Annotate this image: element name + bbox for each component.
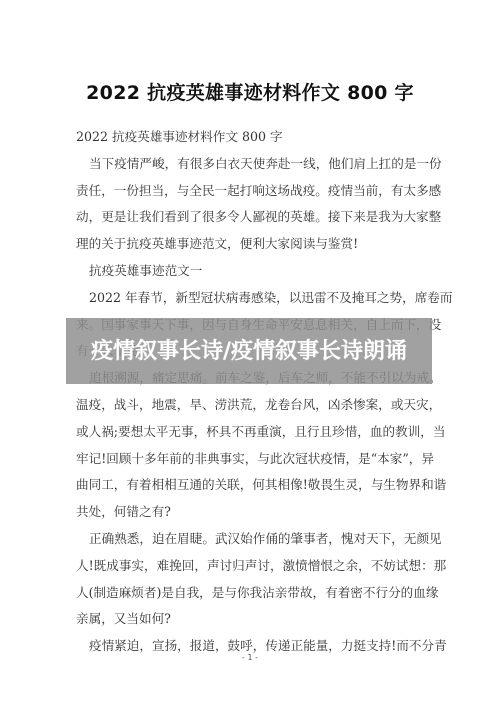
document-line: 正确熟悉，迫在眉睫。武汉始作俑的肇事者，愧对天下，无颜见	[76, 526, 428, 553]
document-line: 亲属，又当如何?	[76, 606, 428, 633]
document-line: 2022 抗疫英雄事迹材料作文 800 字	[76, 124, 428, 151]
document-line: 责任，一份担当，与全民一起打响这场战疫。疫情当前，有太多感	[76, 178, 428, 205]
document-line: 共处，何错之有?	[76, 499, 428, 526]
document-line: 人(制造麻烦者)是自我，是与你我沾亲带故，有着密不行分的血缘	[76, 580, 428, 607]
page-number: - 1 -	[0, 653, 500, 662]
document-line: 人!既成事实，难挽回，声讨归声讨，激愤憎恨之余，不妨试想：那	[76, 553, 428, 580]
document-line: 抗疫英雄事迹范文一	[76, 258, 428, 285]
document-page: 2022 抗疫英雄事迹材料作文 800 字 2022 抗疫英雄事迹材料作文 80…	[0, 0, 500, 706]
document-line: 或人祸;要想太平无事，杯具不再重演，且行且珍惜，血的教训，当	[76, 419, 428, 446]
document-line: 曲同工，有着相相互通的关联，何其相像!敬畏生灵，与生物界和谐	[76, 472, 428, 499]
document-line: 2022 年春节，新型冠状病毒感染，以迅雷不及掩耳之势，席卷而	[76, 285, 428, 312]
document-body: 2022 抗疫英雄事迹材料作文 800 字当下疫情严峻，有很多白衣天使奔赴一线，…	[76, 124, 428, 660]
document-line: 温疫，战斗，地震，旱、涝洪荒，龙卷台风，凶杀惨案，或天灾，	[76, 392, 428, 419]
document-line: 牢记!回顾十多年前的非典事实，与此次冠状疫情，是“本家”，异	[76, 446, 428, 473]
title-overlay-banner: 疫情叙事长诗/疫情叙事长诗朗诵	[66, 318, 432, 384]
overlay-title: 疫情叙事长诗/疫情叙事长诗朗诵	[74, 338, 424, 365]
document-line: 理的关于抗疫英雄事迹范文，便利大家阅读与鉴赏!	[76, 231, 428, 258]
document-title: 2022 抗疫英雄事迹材料作文 800 字	[0, 78, 500, 105]
document-line: 当下疫情严峻，有很多白衣天使奔赴一线，他们肩上扛的是一份	[76, 151, 428, 178]
document-line: 动，更是让我们看到了很多令人鄙视的英雄。接下来是我为大家整	[76, 204, 428, 231]
